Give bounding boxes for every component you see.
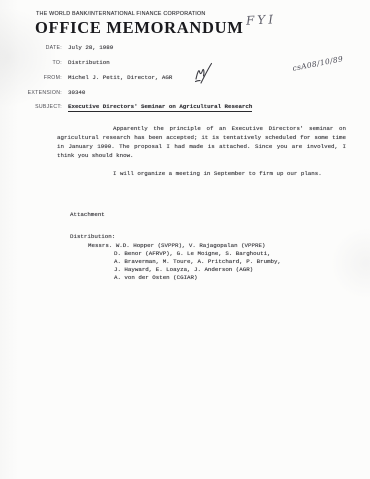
distribution-line: Messrs. W.D. Hopper (SVPPR), V. Rajagopa… (88, 242, 281, 250)
date-label: DATE: (0, 45, 62, 51)
organization-line: THE WORLD BANK/INTERNATIONAL FINANCE COR… (36, 11, 206, 17)
field-row-from: FROM: Michel J. Petit, Director, AGR (0, 74, 360, 81)
memo-title: OFFICE MEMORANDUM (35, 18, 244, 38)
field-row-extension: EXTENSION: 30340 (0, 89, 360, 96)
received-date-scribble: csA08/10/89 (292, 54, 344, 73)
distribution-line: A. von der Osten (CGIAR) (88, 274, 281, 282)
signature-initials-icon (193, 62, 219, 86)
memo-document: THE WORLD BANK/INTERNATIONAL FINANCE COR… (0, 0, 370, 479)
field-row-subject: SUBJECT: Executive Directors' Seminar on… (0, 103, 360, 112)
date-value: July 28, 1989 (68, 44, 113, 51)
distribution-line: A. Braverman, M. Toure, A. Pritchard, P.… (88, 258, 281, 266)
distribution-label: Distribution: (70, 233, 115, 240)
from-label: FROM: (0, 75, 62, 81)
subject-label: SUBJECT: (0, 104, 62, 110)
distribution-line: D. Benor (AFRVP), G. Le Moigne, S. Bargh… (88, 250, 281, 258)
from-value: Michel J. Petit, Director, AGR (68, 74, 172, 81)
body-paragraph-1: Apparently the principle of an Executive… (57, 124, 346, 160)
attachment-note: Attachment (70, 211, 105, 218)
extension-value: 30340 (68, 89, 85, 96)
distribution-list: Messrs. W.D. Hopper (SVPPR), V. Rajagopa… (88, 242, 281, 282)
subject-value: Executive Directors' Seminar on Agricult… (68, 103, 252, 112)
body-paragraph-2: I will organize a meeting in September t… (57, 169, 346, 178)
extension-label: EXTENSION: (0, 90, 62, 96)
field-row-date: DATE: July 28, 1989 (0, 44, 360, 51)
to-value: Distribution (68, 59, 110, 66)
to-label: TO: (0, 60, 62, 66)
distribution-line: J. Hayward, E. Loayza, J. Anderson (AGR) (88, 266, 281, 274)
fyi-handwritten-note: FYI (246, 12, 277, 28)
